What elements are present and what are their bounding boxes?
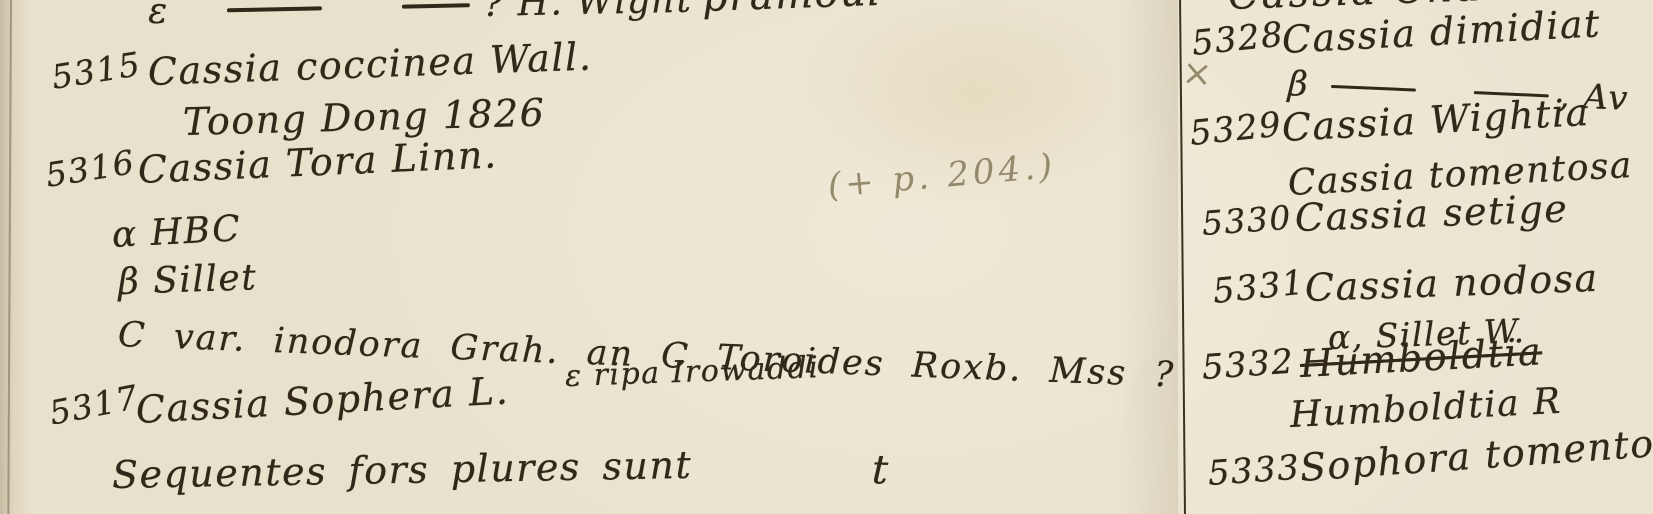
- footer-note-fragment: t: [871, 448, 890, 493]
- entry-number: 5317: [47, 379, 142, 432]
- ditto-dash: [402, 3, 470, 8]
- page-binding-edge: [0, 0, 34, 514]
- ditto-dash: [1331, 85, 1416, 92]
- ditto-dash: [227, 6, 322, 11]
- species-name: Cassia Sophera L.: [135, 370, 510, 431]
- species-name: Sophora tomento: [1299, 423, 1653, 489]
- page-gutter-shadow: [1118, 0, 1178, 514]
- header-line: ε ? H. Wight: [148, 0, 693, 32]
- entry-number: 5315: [49, 46, 144, 96]
- habitat-superscript: ε ripa Irowaddi: [564, 351, 820, 393]
- beta-mark: β: [1287, 66, 1310, 104]
- cut-word-fragment: pramoul: [701, 0, 882, 20]
- pencil-x-mark: ×: [1180, 53, 1215, 95]
- page-edge-line: [7, 0, 12, 514]
- epsilon-mark: ε: [148, 0, 170, 32]
- footer-note: Sequentes fors plures sunt: [112, 445, 693, 497]
- species-name: Cassia setige: [1294, 188, 1569, 239]
- entry-number: 5330: [1201, 200, 1293, 242]
- entry-number: 5316: [43, 144, 138, 194]
- species-name: Cassia nodosa: [1304, 258, 1599, 310]
- entry-number: 5329: [1188, 106, 1284, 153]
- page-ref-annotation: (+ p. 204.): [826, 148, 1057, 205]
- species-name-corrected: Humboldtia R: [1289, 382, 1563, 436]
- entry-number: 5332: [1201, 344, 1296, 388]
- author-query: ? H. Wight: [483, 0, 692, 25]
- entry-number: 5331: [1211, 264, 1307, 311]
- species-name: Cassia coccinea Wall.: [147, 36, 593, 93]
- variant-beta-line: β Sillet: [117, 258, 258, 302]
- species-name-struck: Humboldtia: [1299, 331, 1543, 385]
- variant-alpha-line: α HBC: [111, 209, 242, 255]
- entry-number: 5333: [1207, 450, 1302, 494]
